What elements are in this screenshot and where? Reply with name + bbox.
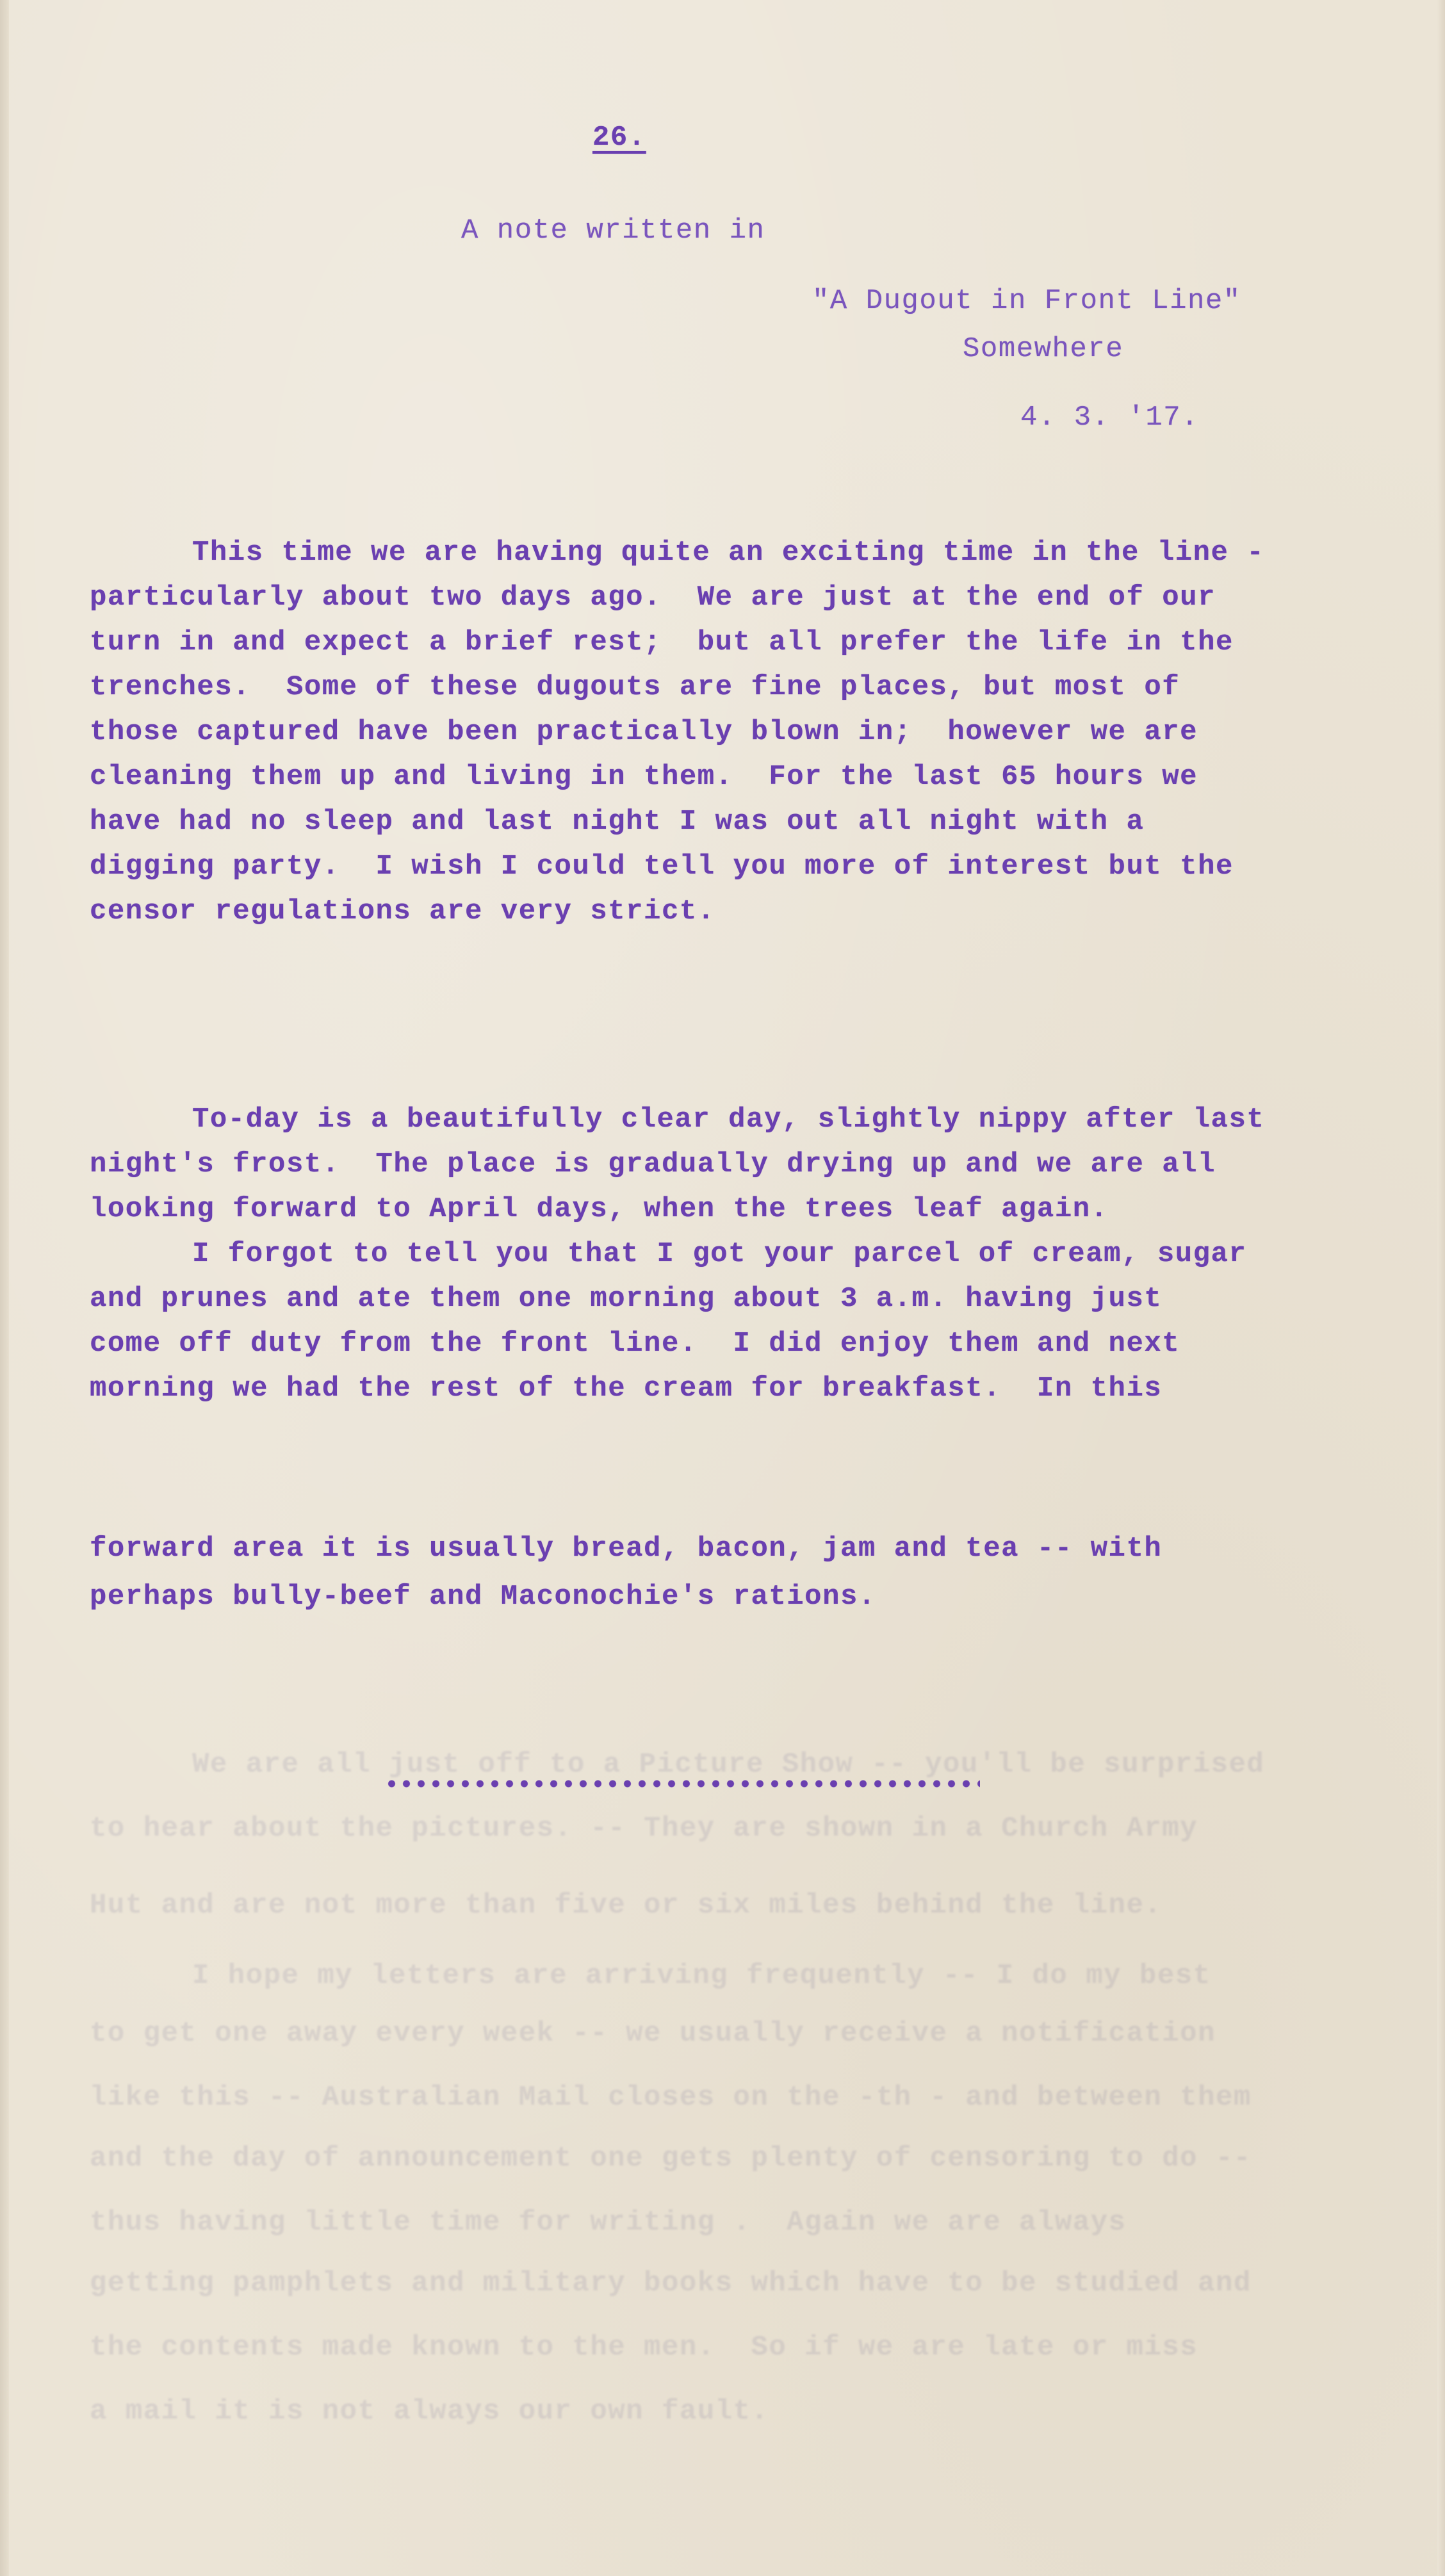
body-line: forward area it is usually bread, bacon,… xyxy=(90,1533,1162,1565)
show-through-line: Hut and are not more than five or six mi… xyxy=(90,1889,1162,1921)
body-line: This time we are having quite an excitin… xyxy=(192,537,1264,569)
heading-place: Somewhere xyxy=(963,333,1123,365)
body-line: digging party. I wish I could tell you m… xyxy=(90,851,1234,883)
letter-date: 4. 3. '17. xyxy=(1020,402,1199,434)
show-through-line: We are all just off to a Picture Show --… xyxy=(192,1749,1264,1781)
page-left-edge xyxy=(0,0,9,2576)
show-through-line: thus having little time for writing . Ag… xyxy=(90,2206,1126,2238)
body-line: those captured have been practically blo… xyxy=(90,716,1198,748)
page-right-edge xyxy=(1437,0,1445,2576)
body-line: looking forward to April days, when the … xyxy=(90,1193,1109,1225)
show-through-line: like this -- Australian Mail closes on t… xyxy=(90,2082,1252,2114)
body-line: perhaps bully-beef and Maconochie's rati… xyxy=(90,1581,876,1613)
show-through-line: a mail it is not always our own fault. xyxy=(90,2395,769,2427)
body-line: censor regulations are very strict. xyxy=(90,895,715,927)
body-line: come off duty from the front line. I did… xyxy=(90,1328,1180,1360)
show-through-line: I hope my letters are arriving frequentl… xyxy=(192,1960,1211,1992)
body-line: and prunes and ate them one morning abou… xyxy=(90,1283,1162,1315)
body-line: trenches. Some of these dugouts are fine… xyxy=(90,671,1180,703)
show-through-line: the contents made known to the men. So i… xyxy=(90,2331,1198,2363)
body-line: To-day is a beautifully clear day, sligh… xyxy=(192,1104,1264,1136)
body-line: morning we had the rest of the cream for… xyxy=(90,1373,1162,1405)
show-through-line: to get one away every week -- we usually… xyxy=(90,2018,1216,2050)
body-line: cleaning them up and living in them. For… xyxy=(90,761,1198,793)
show-through-line: getting pamphlets and military books whi… xyxy=(90,2267,1252,2299)
body-line: I forgot to tell you that I got your par… xyxy=(192,1238,1246,1270)
body-line: turn in and expect a brief rest; but all… xyxy=(90,626,1234,658)
show-through-line: to hear about the pictures. -- They are … xyxy=(90,1813,1198,1845)
heading-intro: A note written in xyxy=(461,215,765,247)
page-number: 26. xyxy=(592,122,646,154)
heading-location: "A Dugout in Front Line" xyxy=(812,285,1241,317)
show-through-line: and the day of announcement one gets ple… xyxy=(90,2142,1252,2174)
section-divider xyxy=(384,1779,980,1788)
body-line: night's frost. The place is gradually dr… xyxy=(90,1148,1216,1180)
body-line: have had no sleep and last night I was o… xyxy=(90,806,1144,838)
body-line: particularly about two days ago. We are … xyxy=(90,582,1216,614)
